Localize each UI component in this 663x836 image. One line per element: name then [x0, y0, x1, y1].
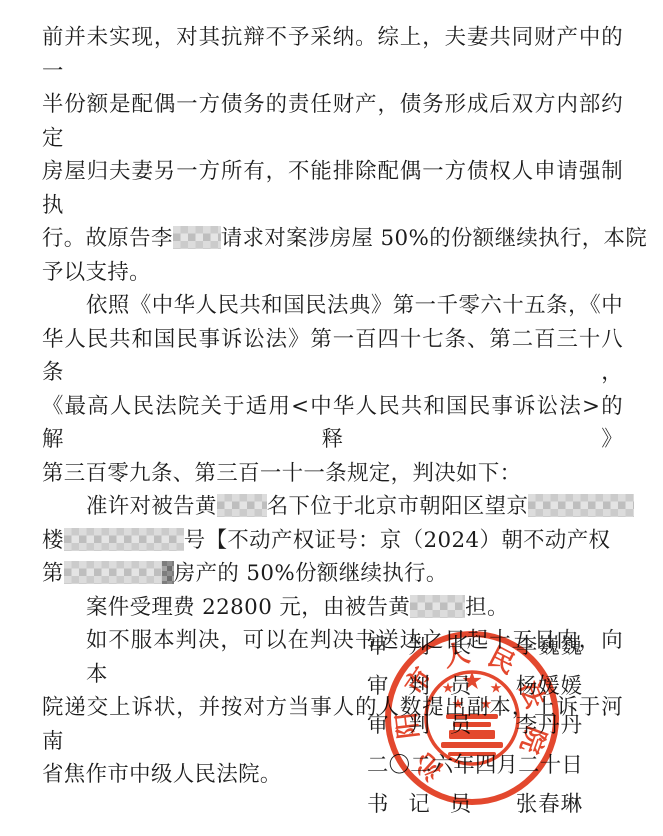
text-segment: 行。故原告李	[42, 226, 173, 251]
national-emblem-icon	[426, 671, 518, 764]
body-line: 准许对被告黄名下位于北京市朝阳区望京	[42, 490, 623, 524]
text-segment: 房屋归夫妻另一方所有，不能排除配偶一方债权人申请强制执	[42, 159, 623, 218]
redaction-mosaic	[410, 595, 465, 618]
body-line: 案件受理费 22800 元，由被告黄担。	[42, 591, 623, 625]
seal-character: 阳	[392, 711, 425, 740]
body-line: 华人民共和国民事诉讼法》第一百四十七条、第二百三十八条，	[42, 323, 623, 390]
judgment-page: 前并未实现，对其抗辩不予采纳。综上，夫妻共同财产中的一半份额是配偶一方债务的责任…	[0, 0, 663, 836]
text-segment: 华人民共和国民事诉讼法》第一百四十七条、第二百三十八条，	[42, 327, 623, 386]
body-line: 前并未实现，对其抗辩不予采纳。综上，夫妻共同财产中的一	[42, 21, 623, 88]
text-segment: 省焦作市中级人民法院。	[42, 762, 282, 787]
text-segment: 依照《中华人民共和国民法典》第一千零六十五条，《中	[86, 293, 623, 318]
body-line: 半份额是配偶一方债务的责任财产，债务形成后双方内部约定	[42, 88, 623, 155]
redaction-mosaic	[217, 494, 267, 517]
text-segment: 《最高人民法院关于适用<中华人民共和国民事诉讼法>的解释》	[42, 394, 623, 453]
body-line: 房屋归夫妻另一方所有，不能排除配偶一方债权人申请强制执	[42, 155, 623, 222]
seal-character: 人	[440, 638, 473, 673]
text-segment: 案件受理费 22800 元，由被告黄	[86, 595, 410, 620]
redaction-mosaic	[64, 561, 162, 584]
redaction-mosaic	[162, 561, 174, 584]
body-line: 依照《中华人民共和国民法典》第一千零六十五条，《中	[42, 289, 623, 323]
text-segment: 予以支持。	[42, 260, 151, 285]
redaction-mosaic	[64, 528, 184, 551]
text-segment: 半份额是配偶一方债务的责任财产，债务形成后双方内部约定	[42, 92, 623, 151]
body-line: 第房产的 50%份额继续执行。	[42, 557, 623, 591]
text-segment: 前并未实现，对其抗辩不予采纳。综上，夫妻共同财产中的一	[42, 25, 623, 84]
redaction-mosaic	[528, 494, 634, 517]
text-segment: 请求对案涉房屋 50%的份额继续执行，本院	[221, 226, 647, 251]
body-line: 《最高人民法院关于适用<中华人民共和国民事诉讼法>的解释》	[42, 390, 623, 457]
text-segment: 楼	[42, 528, 64, 553]
text-segment: 准许对被告黄	[86, 494, 217, 519]
body-line: 予以支持。	[42, 256, 623, 290]
text-segment: 名下位于北京市朝阳区望京	[267, 494, 529, 519]
body-line: 楼号【不动产权证号：京（2024）朝不动产权	[42, 524, 623, 558]
text-segment: 第	[42, 561, 64, 586]
body-line: 第三百零九条、第三百一十一条规定，判决如下：	[42, 457, 623, 491]
seal-graphics: 沁阳市人民法院	[388, 634, 556, 802]
text-segment: 号【不动产权证号：京（2024）朝不动产权	[184, 528, 610, 553]
text-segment: 第三百零九条、第三百一十一条规定，判决如下：	[42, 461, 521, 486]
court-seal: 沁阳市人民法院	[382, 628, 562, 808]
seal-character: 院	[514, 723, 551, 758]
body-line: 行。故原告李请求对案涉房屋 50%的份额继续执行，本院	[42, 222, 623, 256]
text-segment: 房产的 50%份额继续执行。	[174, 561, 448, 586]
redaction-mosaic	[173, 226, 221, 249]
text-segment: 担。	[465, 595, 509, 620]
